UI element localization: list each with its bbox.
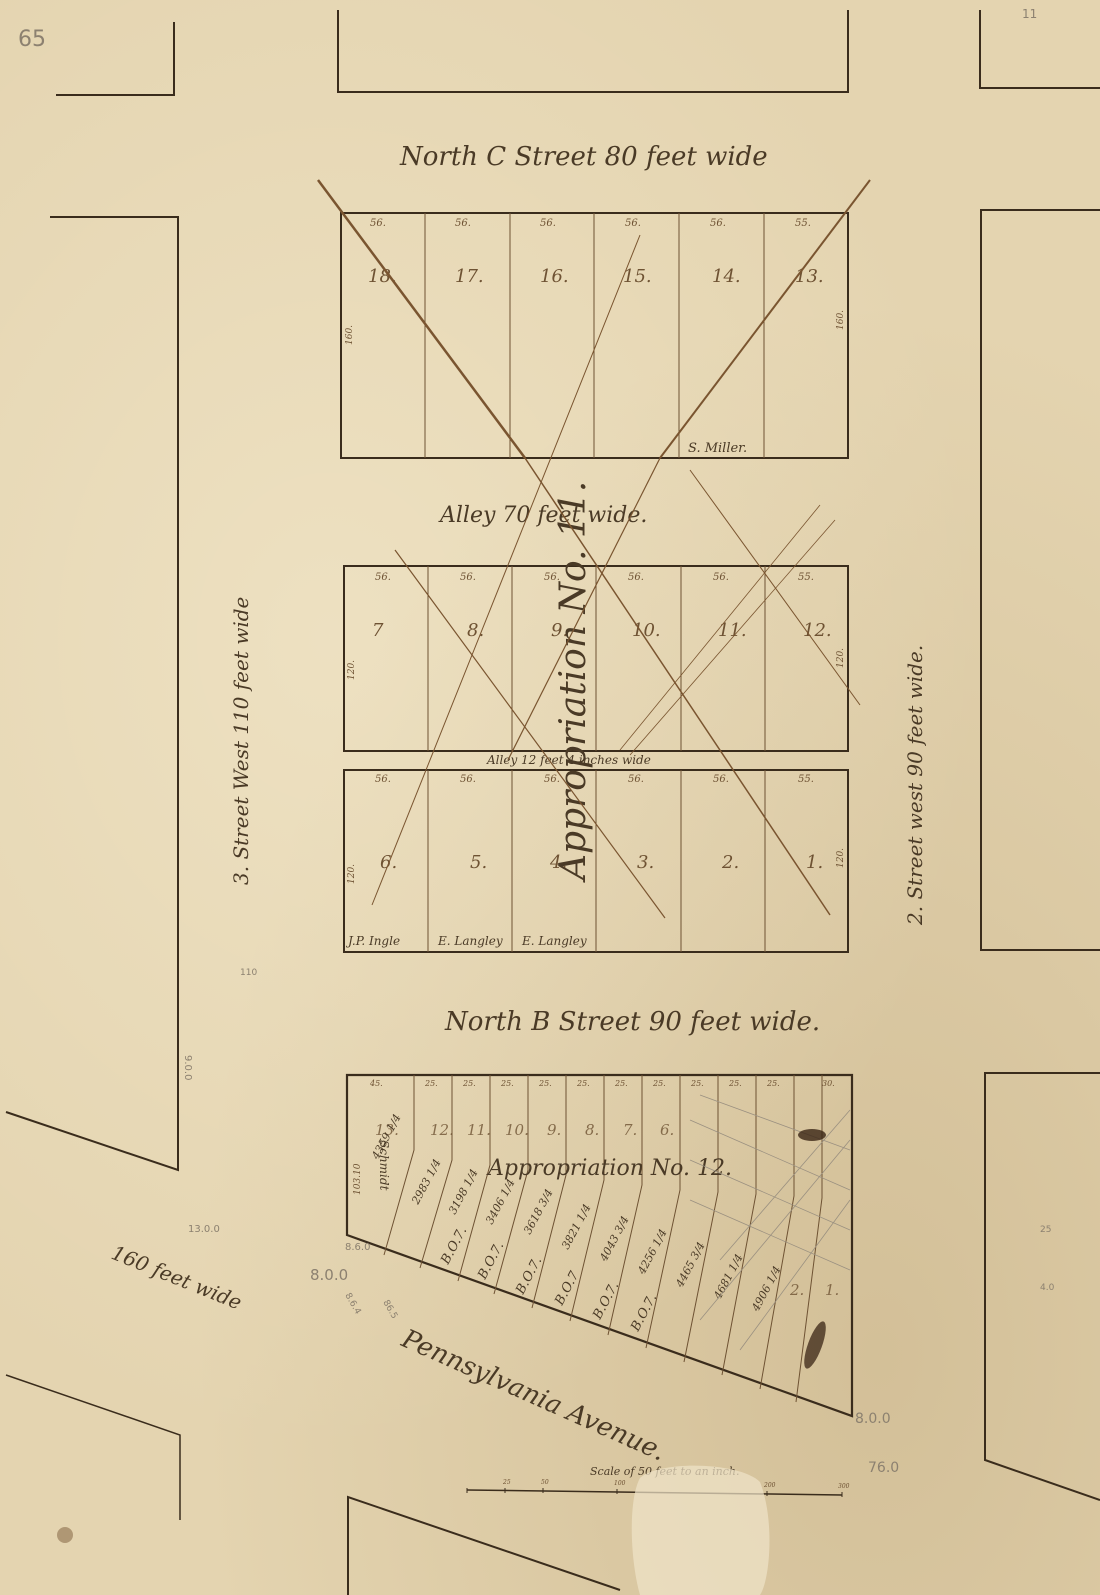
pennsylvania-width-label: 160 feet wide [108,1240,245,1314]
pencil-note: 25 [1040,1225,1051,1235]
scale-tick: 50 [541,1479,549,1486]
lot-area: 3198 1/4 [446,1167,481,1217]
pencil-sketch [690,1095,850,1350]
lot-area: 4465 3/4 [673,1240,708,1290]
lot-front: 56. [628,774,644,785]
pencil-note: 8.0.0 [855,1411,891,1427]
appropriation-11-label: Appropriation No. 11. [553,481,594,883]
owner-label: E. Langley [437,934,503,948]
lot-front: 56. [460,774,476,785]
map-sheet: 65 11 North C Street 80 feet wide 56. 56… [0,0,1100,1595]
lot-front: 45. [369,1079,383,1088]
pencil-note: 8.0.0 [310,1266,348,1284]
scale-tick: 25 [502,1479,511,1486]
lot-depth: 120. [347,864,357,884]
top-right-mark: 11 [1022,7,1037,21]
lot-depth: 120. [836,848,846,868]
lot-number: 8. [585,1121,599,1139]
lot-area: 3406 1/4 [483,1177,518,1227]
lot-number: 3. [637,852,654,873]
block-top-left [56,22,174,95]
owner-label: J.P. Ingle [345,934,400,948]
lot-front: 56. [375,774,391,785]
pencil-note: 13.0.0 [188,1224,220,1235]
lot-note: B.O.7. [475,1239,508,1282]
alley-label-70: Alley 70 feet wide. [438,503,647,528]
lot-number: 12. [803,620,832,641]
block-bottom-center [348,1497,620,1595]
scale-tick: 200 [763,1482,776,1489]
lot-front: 56. [455,218,471,229]
lot-front: 56. [625,218,641,229]
scale-tick: 300 [838,1483,850,1490]
ink-blot [798,1129,826,1141]
lot-front: 55. [795,218,811,229]
lot-front: 25. [424,1079,438,1088]
lot-note: B.O.7. [438,1224,471,1267]
lot-number: 10. [632,620,661,641]
lot-number: 17. [455,266,484,287]
lot-front: 25. [538,1079,552,1088]
street-label-2-west: 2. Street west 90 feet wide. [903,645,927,926]
lot-note: B.O.7. [590,1279,623,1322]
lot-front: 56. [713,774,729,785]
lot-front: 56. [460,572,476,583]
lot-front: 56. [710,218,726,229]
lot-area: 2983 1/4 [409,1157,444,1207]
lot-number: 13. [795,266,824,287]
pencil-note: 110 [240,968,257,978]
lot-number: 18. [368,266,397,287]
lot-number: 5. [470,852,487,873]
lot-front: 25. [652,1079,666,1088]
lot-depth: 160. [836,310,846,330]
lot-area: 4043 3/4 [597,1214,632,1264]
lot-front: 25. [766,1079,780,1088]
lot-depth: 160. [345,325,355,345]
block-top-center [338,10,848,92]
street-label-north-b: North B Street 90 feet wide. [444,1007,820,1037]
lot-number: 15. [623,266,652,287]
lot-area: 4256 1/4 [635,1227,670,1277]
lot-front: 25. [690,1079,704,1088]
street-label-pennsylvania: Pennsylvania Avenue. [396,1324,670,1468]
lot-front: 25. [462,1079,476,1088]
lot-number: 9. [547,1121,561,1139]
pencil-note: 4.0 [1040,1283,1055,1293]
lot-front: 56. [370,218,386,229]
lot-front: 56. [713,572,729,583]
street-label-north-c: North C Street 80 feet wide [399,142,768,172]
lot-front: 55. [798,572,814,583]
lot-depth: 120. [836,648,846,668]
lot-area: 3618 3/4 [521,1187,556,1237]
lot-depth: 120. [347,660,357,680]
street-label-3-west: 3. Street West 110 feet wide [229,597,253,885]
pencil-note: 9.0.0 [182,1055,193,1080]
lot-number: 14. [712,266,741,287]
stain-spot [57,1527,73,1543]
lot-number: 12. [430,1121,454,1139]
sheet-number: 65 [18,27,46,52]
ink-blot [800,1319,830,1371]
plat-drawing: 65 11 North C Street 80 feet wide 56. 56… [0,0,1100,1595]
lot-front: 55. [798,774,814,785]
lot-front: 56. [628,572,644,583]
lot-front: 25. [614,1079,628,1088]
lot-number: 11. [467,1121,491,1139]
lot-front: 25. [728,1079,742,1088]
lot-front: 56. [375,572,391,583]
lot-front: 25. [500,1079,514,1088]
lot-front: 25. [576,1079,590,1088]
lot-number: 7 [372,620,384,641]
appropriation-12-label: Appropriation No. 12. [486,1156,732,1181]
lot-number: 10. [505,1121,529,1139]
pencil-note: 8.6.0 [345,1242,370,1253]
lot-number: 1. [825,1281,839,1299]
block-left [6,217,178,1170]
pencil-note: 86.5 [380,1299,399,1321]
lot-number: 2. [721,852,739,873]
lot-area: 4906 1/4 [749,1264,784,1314]
lot-note: B.O.7. [628,1291,661,1334]
owner-label: S. Miller. [688,441,747,456]
lot-front: 30. [822,1079,835,1088]
scale-tick: 100 [614,1480,626,1487]
block-top-right [980,10,1100,88]
lot-number: 6. [660,1121,674,1139]
block-lower: 56. 56. 56. 56. 56. 55. 6. 5. 4. 3. 2. 1… [344,770,848,952]
water-stain [632,1466,770,1595]
lot-front: 56. [540,218,556,229]
lot-depth: 103.10 [353,1163,363,1195]
block-triangle: 45. 25. 25. 25. 25. 25. 25. 25. 25. 25. … [347,1075,852,1416]
lot-number: 16. [540,266,569,287]
lot-number: 2. [789,1281,804,1299]
block-upper: 56. 56. 56. 56. 56. 55. 18. 17. 16. 15. … [341,213,848,458]
pencil-note: 8.6.4 [342,1292,362,1317]
owner-label: E. Langley [521,934,587,948]
block-bottom-left [6,1375,180,1520]
pencil-note: 76.0 [868,1460,899,1476]
block-right-upper [981,210,1100,950]
block-middle: 56. 56. 56. 56. 56. 55. 7 8. 9. 10. 11. … [344,566,848,751]
lot-number: 7. [623,1121,637,1139]
lot-number: 1. [806,852,823,873]
owner-label: Schmidt [377,1140,391,1191]
